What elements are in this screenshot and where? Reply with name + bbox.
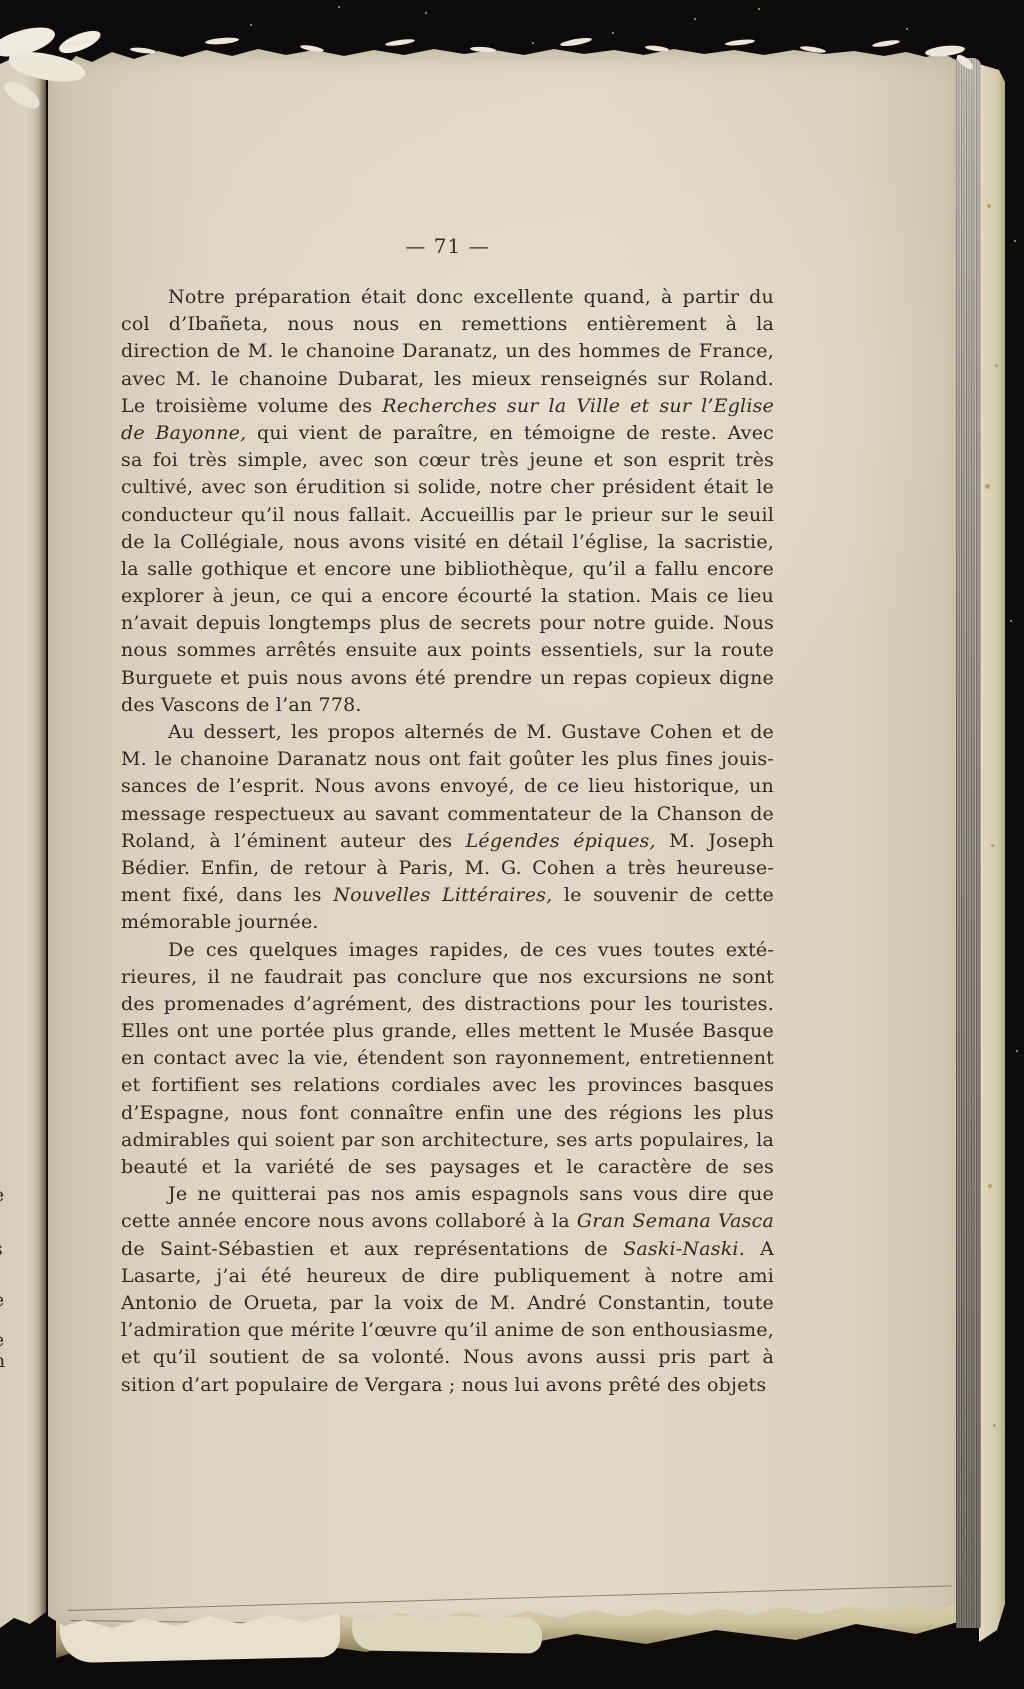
text-line: rieures, il ne faudrait pas conclure que… [121, 964, 774, 991]
text-line: Roland, à l’éminent auteur des Légendes … [121, 828, 774, 855]
verso-edge-fragments: -le·s·een [0, 0, 12, 1689]
paper-crease-line [68, 1585, 952, 1611]
edge-letter-fragment: n [0, 1352, 5, 1371]
dust-speck [694, 18, 696, 20]
text-line: sition d’art populaire de Vergara ; nous… [121, 1372, 774, 1399]
text-line: cette année encore nous avons collaboré … [121, 1208, 774, 1235]
text-line: Au dessert, les propos alternés de M. Gu… [121, 719, 774, 746]
text-line: sa foi très simple, avec son cœur très j… [121, 447, 774, 474]
edge-letter-fragment: e [0, 1291, 4, 1310]
dust-speck [612, 32, 614, 34]
dust-speck [250, 24, 252, 26]
text-line: Elles ont une portée plus grande, elles … [121, 1018, 774, 1045]
text-line: message respectueux au savant commentate… [121, 801, 774, 828]
text-line: explorer à jeun, ce qui a encore écourté… [121, 583, 774, 610]
text-line: Antonio de Orueta, par la voix de M. And… [121, 1290, 774, 1317]
text-line: de la Collégiale, nous avons visité en d… [121, 529, 774, 556]
dust-speck [906, 28, 908, 30]
age-spot [991, 844, 994, 847]
dust-speck [1010, 620, 1012, 622]
paper-fiber [470, 46, 496, 53]
paper-fiber [385, 38, 415, 47]
text-line: en contact avec la vie, étendent son ray… [121, 1045, 774, 1072]
text-line: conducteur qu’il nous fallait. Accueilli… [121, 502, 774, 529]
text-line: sances de l’esprit. Nous avons envoyé, d… [121, 773, 774, 800]
age-spot [995, 364, 998, 367]
edge-letter-fragment: e [0, 1186, 4, 1205]
text-line: admirables qui soient par son architectu… [121, 1127, 774, 1154]
paper-fiber [872, 39, 900, 48]
edge-letter-fragment: e [0, 1331, 4, 1350]
text-line: cultivé, avec son érudition si solide, n… [121, 474, 774, 501]
age-spot [987, 204, 991, 208]
paper-fiber [725, 38, 755, 46]
text-line: et qu’il soutient de sa volonté. Nous av… [121, 1344, 774, 1371]
dust-speck [1014, 240, 1016, 242]
text-line: l’admiration que mérite l’œuvre qu’il an… [121, 1317, 774, 1344]
book-cover-edge [979, 64, 1005, 1642]
text-line: nous sommes arrêtés ensuite aux points e… [121, 637, 774, 664]
page-stack-fore-edge [956, 58, 981, 1628]
text-line: ment fixé, dans les Nouvelles Littéraire… [121, 882, 774, 909]
dust-speck [758, 8, 760, 10]
text-line: beauté et la variété de ses paysages et … [121, 1154, 774, 1181]
age-spot [985, 484, 990, 489]
text-line: Burguete et puis nous avons été prendre … [121, 665, 774, 692]
bottom-torn-edge [352, 1614, 543, 1653]
text-line: col d’Ibañeta, nous nous en remettions e… [121, 311, 774, 338]
age-spot [988, 1184, 992, 1188]
dust-speck [532, 42, 534, 44]
text-line: de Saint-Sébastien et aux représentation… [121, 1236, 774, 1263]
paper-fiber [560, 36, 593, 47]
paper-fiber [130, 47, 156, 55]
paper-fiber [205, 37, 239, 46]
scanned-book-photo: { "colors":{ "background":"#0c0b09", "pa… [0, 0, 1024, 1689]
book-page: — 71 — Notre préparation était donc exce… [48, 44, 956, 1636]
page-number: — 71 — [121, 234, 774, 258]
text-line: de Bayonne, qui vient de paraître, en té… [121, 420, 774, 447]
text-line: M. le chanoine Daranatz nous ont fait go… [121, 746, 774, 773]
text-line: Le troisième volume des Recherches sur l… [121, 393, 774, 420]
text-line: De ces quelques images rapides, de ces v… [121, 937, 774, 964]
text-line: la salle gothique et encore une biblioth… [121, 556, 774, 583]
paper-fiber [645, 45, 669, 53]
text-line: mémorable journée. [121, 909, 774, 936]
age-spot [993, 1424, 996, 1427]
text-line: des promenades d’agrément, des distracti… [121, 991, 774, 1018]
text-line: Notre préparation était donc excellente … [121, 284, 774, 311]
dust-speck [425, 12, 427, 14]
text-line: des Vascons de l’an 778. [121, 692, 774, 719]
text-line: Bédier. Enfin, de retour à Paris, M. G. … [121, 855, 774, 882]
dust-speck [338, 6, 340, 8]
text-line: direction de M. le chanoine Daranatz, un… [121, 338, 774, 365]
body-text: Notre préparation était donc excellente … [121, 284, 774, 1399]
text-line: Je ne quitterai pas nos amis espagnols s… [121, 1181, 774, 1208]
text-line: et fortifient ses relations cordiales av… [121, 1072, 774, 1099]
text-line: n’avait depuis longtemps plus de secrets… [121, 610, 774, 637]
dust-speck [1016, 1050, 1018, 1052]
text-line: Lasarte, j’ai été heureux de dire publiq… [121, 1263, 774, 1290]
text-line: avec M. le chanoine Dubarat, les mieux r… [121, 366, 774, 393]
text-line: d’Espagne, nous font connaître enfin une… [121, 1100, 774, 1127]
edge-letter-fragment: s [0, 1240, 3, 1259]
